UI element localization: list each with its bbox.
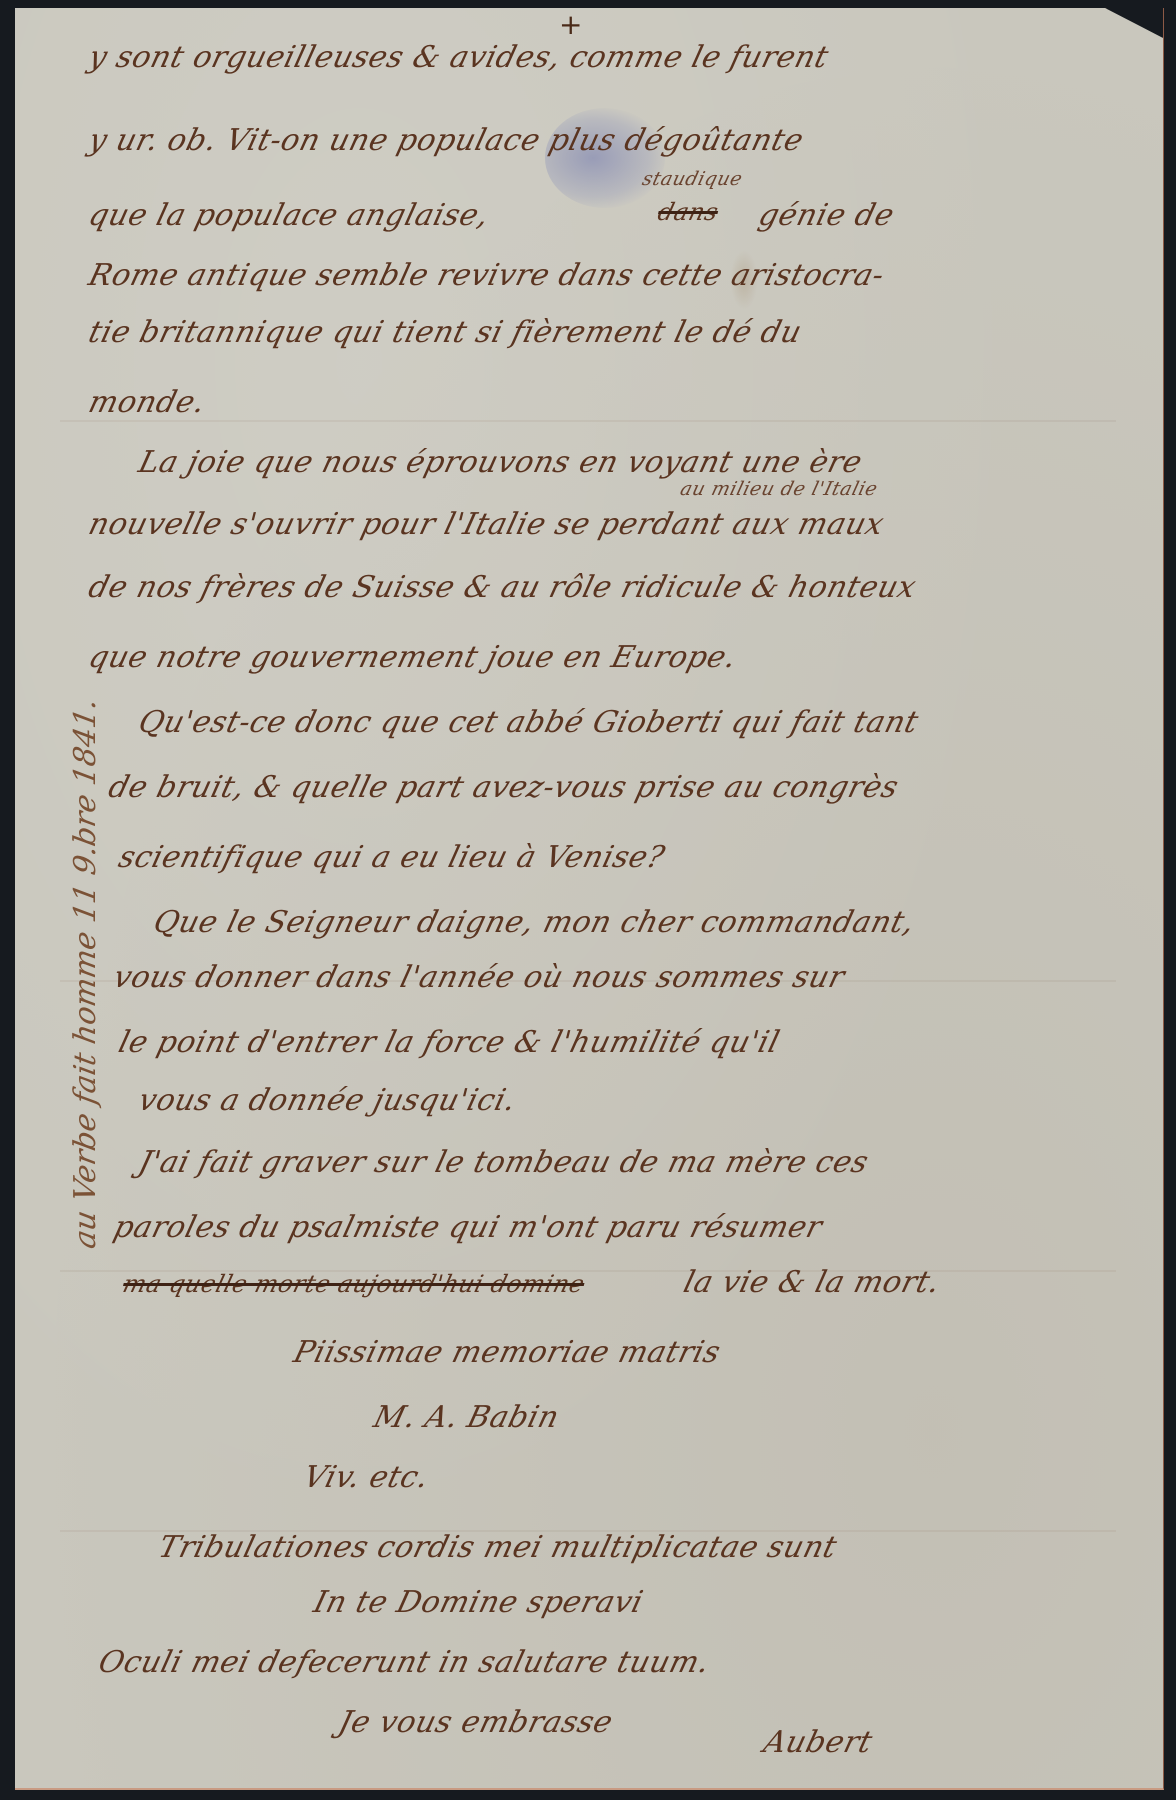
psalm-line: In te Domine speravi [310, 1585, 647, 1620]
text-line: de nos frères de Suisse & au rôle ridicu… [85, 570, 920, 605]
text-line: la vie & la mort. [680, 1265, 944, 1300]
psalm-line: Tribulationes cordis mei multiplicatae s… [155, 1530, 841, 1565]
struck-word: dans [655, 198, 721, 226]
text-line: Qu'est-ce donc que cet abbé Gioberti qui… [135, 705, 922, 740]
text-line: monde. [85, 385, 209, 420]
struck-phrase: ma quelle morte aujourd'hui domine [120, 1270, 588, 1298]
closing-line: Je vous embrasse [335, 1705, 616, 1740]
interlinear-insertion: staudique [640, 168, 745, 190]
header-cross-mark: + [559, 8, 582, 41]
text-line: vous donner dans l'année où nous sommes … [110, 960, 848, 995]
text-line: y sont orgueilleuses & avides, comme le … [85, 40, 832, 75]
text-line: Rome antique semble revivre dans cette a… [85, 258, 888, 293]
text-line: de bruit, & quelle part avez-vous prise … [105, 770, 902, 805]
text-line: Que le Seigneur daigne, mon cher command… [150, 905, 918, 940]
epitaph-line: Viv. etc. [300, 1460, 433, 1495]
text-line: que la populace anglaise, [85, 198, 493, 233]
text-line: le point d'entrer la force & l'humilité … [115, 1025, 783, 1060]
text-line: vous a donnée jusqu'ici. [135, 1083, 520, 1118]
bleed-through [60, 420, 1116, 422]
text-line: nouvelle s'ouvrir pour l'Italie se perda… [85, 507, 888, 542]
text-line: y ur. ob. Vit-on une populace plus dégoû… [85, 123, 807, 158]
epitaph-name: M. A. Babin [370, 1400, 563, 1435]
text-line: scientifique qui a eu lieu à Venise? [115, 840, 668, 875]
text-line: paroles du psalmiste qui m'ont paru résu… [110, 1210, 826, 1245]
text-line: La joie que nous éprouvons en voyant une… [135, 445, 866, 480]
epitaph-line: Piissimae memoriae matris [290, 1335, 724, 1370]
margin-note: au Verbe fait homme 11 9.bre 1841. [68, 696, 103, 1251]
text-line: J'ai fait graver sur le tombeau de ma mè… [135, 1145, 872, 1180]
psalm-line: Oculi mei defecerunt in salutare tuum. [95, 1645, 713, 1680]
text-fragment: génie de [755, 198, 898, 233]
text-line: que notre gouvernement joue en Europe. [85, 640, 740, 675]
interlinear-insertion: au milieu de l'Italie [678, 478, 880, 500]
signature: Aubert [760, 1725, 876, 1760]
text-line: tie britannique qui tient si fièrement l… [85, 315, 805, 350]
